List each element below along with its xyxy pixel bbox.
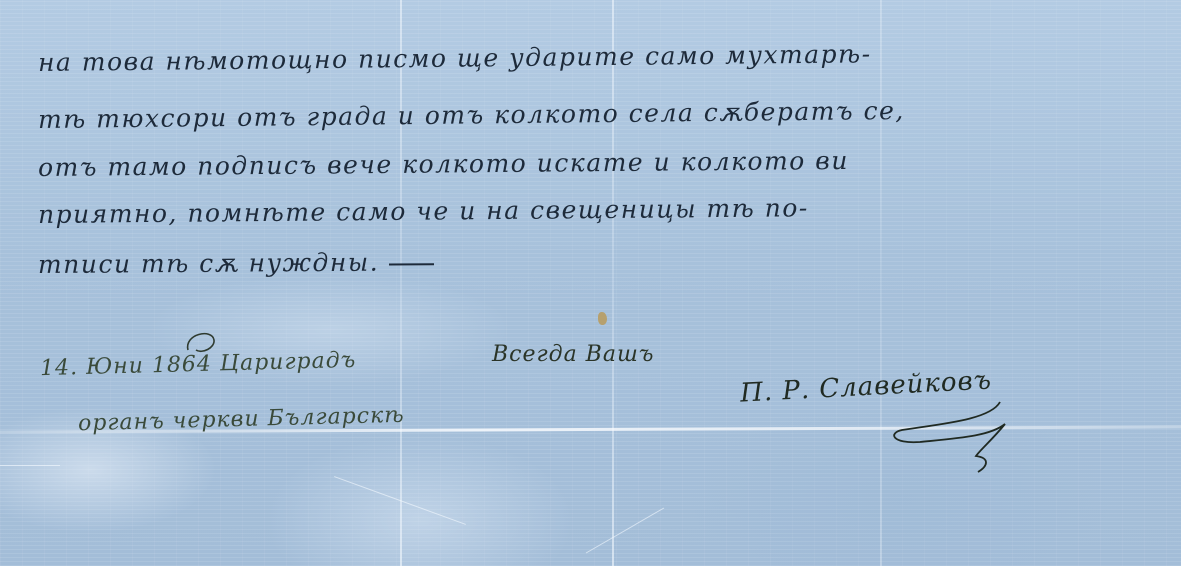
letter-body-line: тписи тѣ сѫ нуждны. [38,247,434,279]
letter-body-line: приятно, помнѣте само че и на свещеницы … [38,193,809,229]
paper-crease [0,465,60,466]
letter-greeting: Всегда Вашъ [492,342,654,367]
signature-flourish-icon [880,400,1030,475]
ink-stain [598,312,607,325]
letter-body-text: тписи тѣ сѫ нуждны. [38,248,379,279]
closing-dash [389,263,434,265]
letter-body-line: отъ тамо подписъ вече колкото искате и к… [38,146,849,182]
paper-crease [586,508,664,554]
letter-body-line: тѣ тюхсори отъ града и отъ колкото села … [38,96,905,134]
letter-date: 14. Юни 1864 Цариградъ [40,348,357,381]
paper-fold-vertical [612,0,614,566]
letter-body-line: на това нѣмотощно писмо ще ударите само … [38,39,872,77]
paper-fold-vertical [880,0,882,566]
letter-page: на това нѣмотощно писмо ще ударите само … [0,0,1181,566]
paper-fold-vertical [400,0,402,566]
